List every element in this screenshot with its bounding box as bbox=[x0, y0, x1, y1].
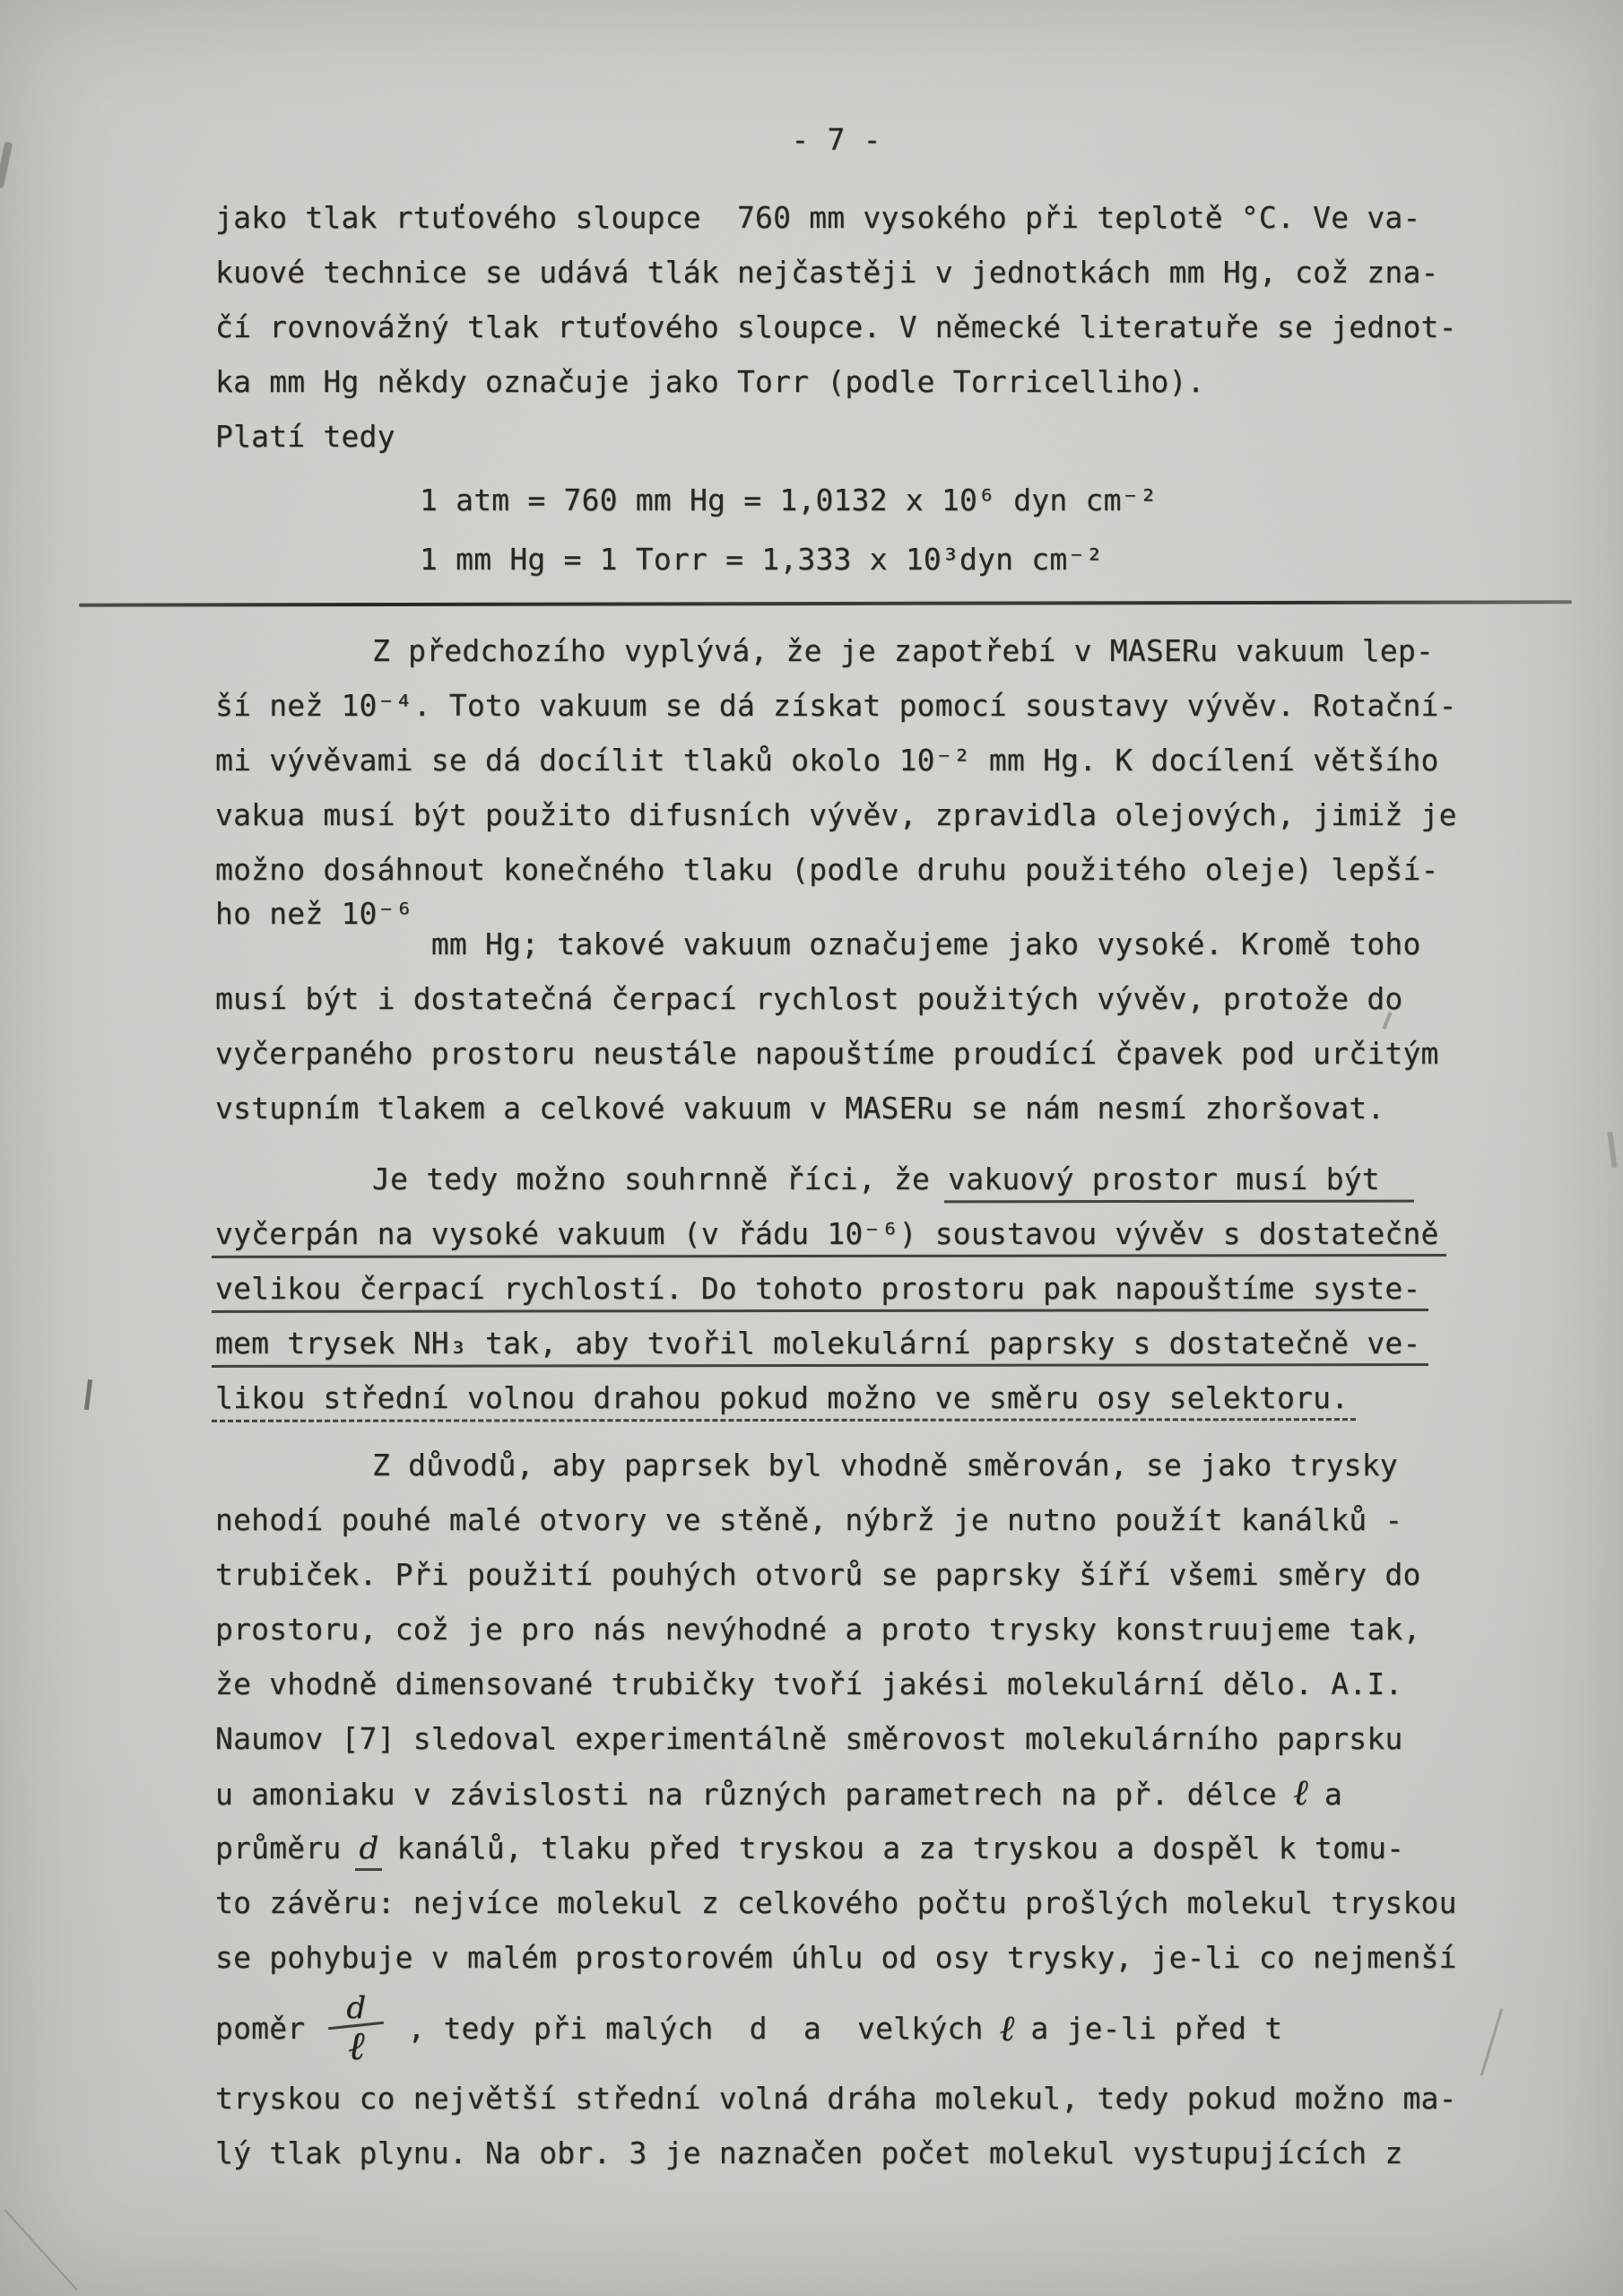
plain-text: u amoniaku v závislosti na různých param… bbox=[215, 1777, 1277, 1812]
underlined-text: vyčerpán na vysoké vakuum (v řádu 10⁻⁶) … bbox=[215, 1216, 1439, 1251]
text-line: že vhodně dimensované trubičky tvoří jak… bbox=[215, 1657, 1457, 1711]
text-line: trubiček. Při použití pouhých otvorů se … bbox=[215, 1547, 1457, 1602]
fraction-d-over-l: dℓ bbox=[328, 1995, 384, 2065]
text-line: lý tlak plynu. Na obr. 3 je naznačen poč… bbox=[215, 2126, 1457, 2180]
line-continuation: mm Hg; takové vakuum označujeme jako vys… bbox=[413, 926, 1421, 961]
text-line: vakua musí být použito difusních vývěv, … bbox=[215, 787, 1457, 842]
text-line: Naumov [7] sledoval experimentálně směro… bbox=[215, 1711, 1457, 1766]
text-line: se pohybuje v malém prostorovém úhlu od … bbox=[215, 1930, 1457, 1985]
text-line: Je tedy možno souhrnně říci, že vakuový … bbox=[215, 1152, 1457, 1206]
text-line: Platí tedy bbox=[215, 409, 1457, 464]
formula-atm: 1 atm = 760 mm Hg = 1,0132 x 10⁶ dyn cm⁻… bbox=[420, 471, 1457, 530]
plain-text: a je-li před t bbox=[1030, 2011, 1282, 2046]
paragraph-nozzles: Z důvodů, aby paprsek byl vhodně směrová… bbox=[215, 1438, 1457, 2180]
text-line: vyčerpaného prostoru neustále napouštíme… bbox=[215, 1026, 1457, 1081]
text-line: tryskou co největší střední volná dráha … bbox=[215, 2071, 1457, 2126]
handwritten-d-symbol: d bbox=[355, 1831, 382, 1871]
underlined-text: vakuový prostor musí být bbox=[948, 1161, 1380, 1196]
text-line: čí rovnovážný tlak rtuťového sloupce. V … bbox=[215, 300, 1457, 354]
raised-text: ho než 10⁻⁶ bbox=[215, 886, 413, 941]
scan-artifact bbox=[4, 2210, 78, 2292]
page-number: - 7 - bbox=[215, 115, 1457, 165]
text-line-with-fraction: poměrdℓ, tedy při malých d a velkýchℓa j… bbox=[215, 1985, 1457, 2071]
text-line: to závěru: nejvíce molekul z celkového p… bbox=[215, 1875, 1457, 1930]
text-line: ší než 10⁻⁴. Toto vakuum se dá získat po… bbox=[215, 678, 1457, 733]
formula-torr: 1 mm Hg = 1 Torr = 1,333 x 10³dyn cm⁻² bbox=[420, 530, 1457, 589]
scan-artifact bbox=[84, 1379, 92, 1410]
document-page: - 7 - jako tlak rtuťového sloupce 760 mm… bbox=[0, 0, 1623, 2296]
text-line: mi vývěvami se dá docílit tlaků okolo 10… bbox=[215, 733, 1457, 787]
horizontal-rule bbox=[79, 600, 1572, 606]
text-line: ka mm Hg někdy označuje jako Torr (podle… bbox=[215, 354, 1457, 409]
formula-block: 1 atm = 760 mm Hg = 1,0132 x 10⁶ dyn cm⁻… bbox=[420, 471, 1457, 589]
text-line: Z důvodů, aby paprsek byl vhodně směrová… bbox=[215, 1438, 1457, 1492]
text-line: velikou čerpací rychlostí. Do tohoto pro… bbox=[215, 1261, 1457, 1316]
plain-text: poměr bbox=[215, 2011, 305, 2046]
plain-text: , tedy při malých d a velkých bbox=[407, 2011, 983, 2046]
text-line: vstupním tlakem a celkové vakuum v MASER… bbox=[215, 1081, 1457, 1135]
text-line-with-script-l: u amoniaku v závislosti na různých param… bbox=[215, 1766, 1457, 1821]
handwritten-ell-symbol: ℓ bbox=[1000, 2007, 1015, 2049]
plain-text: a bbox=[1324, 1777, 1342, 1812]
text-line: prostoru, což je pro nás nevýhodné a pro… bbox=[215, 1602, 1457, 1657]
underlined-text: mem trysek NH₃ tak, aby tvořil molekulár… bbox=[215, 1326, 1421, 1361]
scan-artifact bbox=[1607, 1132, 1618, 1168]
handwritten-ell-symbol: ℓ bbox=[1293, 1772, 1308, 1813]
text-line-raised-exponent: ho než 10⁻⁶ mm Hg; takové vakuum označuj… bbox=[215, 917, 1457, 971]
text-line-with-script-d: průměrudkanálů, tlaku před tryskou a za … bbox=[215, 1821, 1457, 1875]
plain-text: kanálů, tlaku před tryskou a za tryskou … bbox=[396, 1831, 1404, 1865]
text-line: likou střední volnou drahou pokud možno … bbox=[215, 1370, 1457, 1425]
underlined-dashed-text: likou střední volnou drahou pokud možno … bbox=[215, 1380, 1349, 1415]
paragraph-intro: jako tlak rtuťového sloupce 760 mm vysok… bbox=[215, 190, 1457, 464]
scan-artifact bbox=[0, 142, 13, 189]
scan-artifact bbox=[1480, 2008, 1504, 2075]
text-line: kuové technice se udává tlák nejčastěji … bbox=[215, 245, 1457, 300]
text-line: mem trysek NH₃ tak, aby tvořil molekulár… bbox=[215, 1316, 1457, 1370]
paragraph-summary-underlined: Je tedy možno souhrnně říci, že vakuový … bbox=[215, 1152, 1457, 1425]
fraction-numerator: d bbox=[346, 1995, 366, 2022]
text-line: vyčerpán na vysoké vakuum (v řádu 10⁻⁶) … bbox=[215, 1206, 1457, 1261]
plain-text: Je tedy možno souhrnně říci, že bbox=[372, 1161, 948, 1196]
page-content: - 7 - jako tlak rtuťového sloupce 760 mm… bbox=[215, 0, 1457, 2180]
text-line: nehodí pouhé malé otvory ve stěně, nýbrž… bbox=[215, 1492, 1457, 1547]
underlined-text: velikou čerpací rychlostí. Do tohoto pro… bbox=[215, 1271, 1421, 1306]
text-line: musí být i dostatečná čerpací rychlost p… bbox=[215, 971, 1457, 1026]
paragraph-vacuum: Z předchozího vyplývá, že je zapotřebí v… bbox=[215, 623, 1457, 1135]
text-line: jako tlak rtuťového sloupce 760 mm vysok… bbox=[215, 190, 1457, 245]
plain-text: průměru bbox=[215, 1831, 341, 1865]
fraction-denominator: ℓ bbox=[348, 2029, 365, 2065]
text-line: Z předchozího vyplývá, že je zapotřebí v… bbox=[215, 623, 1457, 678]
